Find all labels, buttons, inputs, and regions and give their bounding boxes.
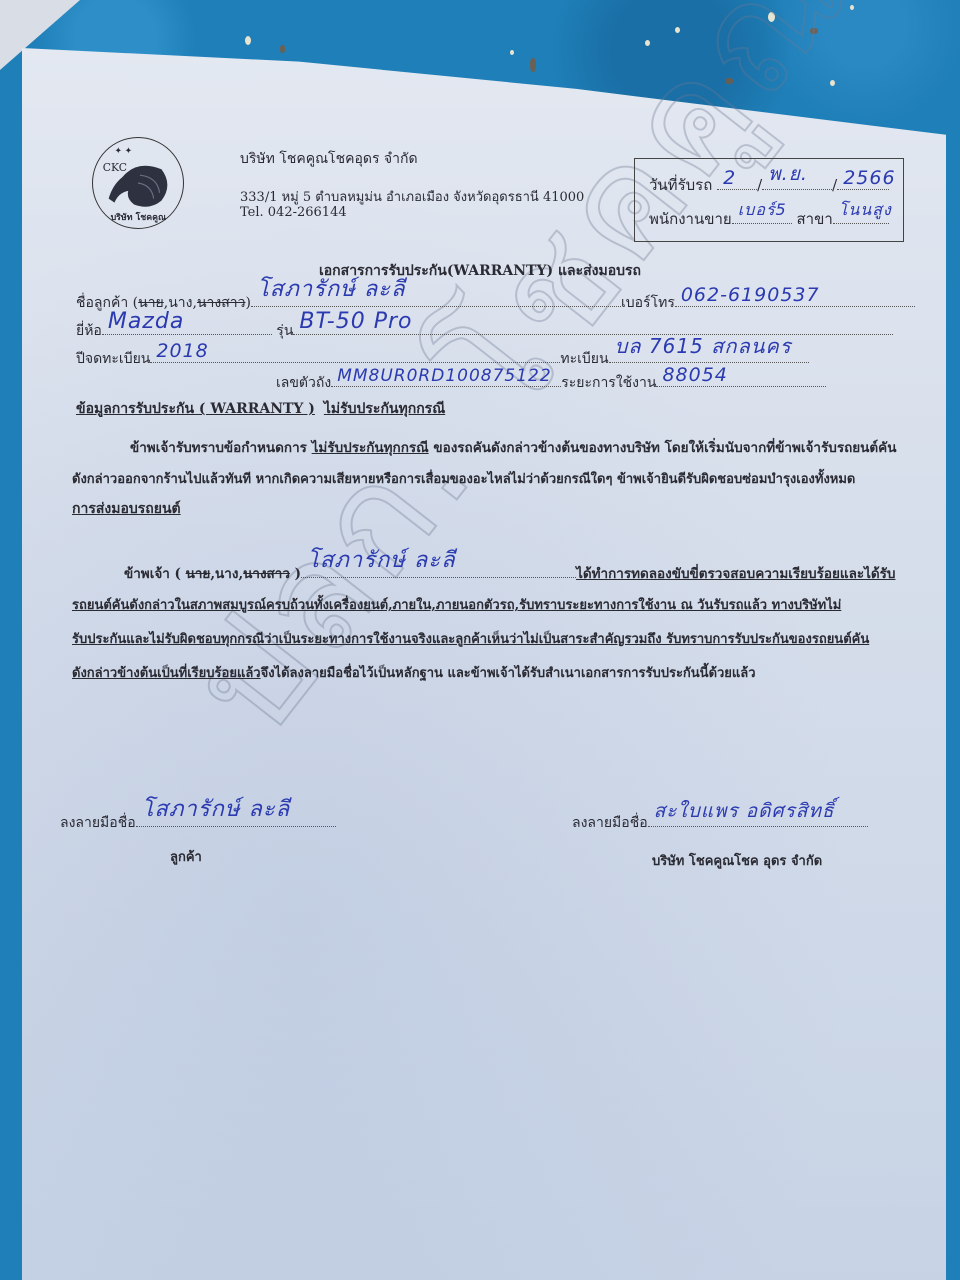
delivery-customer-name: โสภารักษ์ ละลี — [307, 542, 456, 577]
salesperson-row: พนักงานขายเบอร์5 สาขาโนนสูง — [649, 207, 889, 231]
delivery-heading: การส่งมอบรถยนต์ — [72, 501, 181, 517]
text: ข้าพเจ้ารับทราบข้อกำหนดการ — [130, 440, 307, 456]
salesperson-value: เบอร์5 — [738, 198, 787, 223]
reg-year-value: 2018 — [156, 340, 208, 362]
warranty-para-line2: ดังกล่าวออกจากร้านไปแล้วทันที หากเกิดควา… — [72, 468, 855, 489]
delivery-para-line1: ข้าพเจ้า ( นาย,นาง,นางสาว )โสภารักษ์ ละล… — [124, 562, 896, 584]
text: ) — [295, 566, 301, 582]
received-date-day: 2 — [723, 167, 736, 189]
phone-value: 062-6190537 — [681, 284, 820, 306]
delivery-para-line4: ดังกล่าวข้างต้นเป็นที่เรียบร้อยแล้วจึงได… — [72, 662, 756, 683]
customer-signature: โสภารักษ์ ละลี — [142, 791, 291, 826]
branch-value: โนนสูง — [839, 198, 892, 223]
warranty-heading: ข้อมูลการรับประกัน ( WARRANTY ) — [76, 401, 315, 417]
customer-row: ชื่อลูกค้า (นาย,นาง,นางสาว)โสภารักษ์ ละล… — [76, 292, 915, 314]
plate-value: บล 7615 สกลนคร — [615, 330, 792, 362]
chassis-label: เลขตัวถัง — [276, 375, 331, 391]
chassis-mileage-row: เลขตัวถังMM8UR0RD100875122ระยะการใช้งาน8… — [76, 372, 826, 394]
text-emphasis: ได้ทำการทดลองขับขี่ตรวจสอบความเรียบร้อยแ… — [576, 566, 895, 582]
title-mr: นาย — [186, 566, 211, 582]
company-address: 333/1 หมู่ 5 ตำบลหมูม่น อำเภอเมือง จังหว… — [240, 186, 584, 207]
branch-label: สาขา — [796, 210, 832, 228]
text: ของรถคันดังกล่าวข้างต้นของทางบริษัท โดยใ… — [433, 440, 896, 456]
received-date-label: วันที่รับรถ — [649, 176, 712, 194]
company-role: บริษัท โชคคูณโชค อุดร จำกัด — [652, 850, 822, 871]
text: ข้าพเจ้า ( — [124, 566, 181, 582]
title-mrs: นาง — [215, 566, 238, 582]
text: จึงได้ลงลายมือชื่อไว้เป็นหลักฐาน และข้าพ… — [261, 666, 756, 681]
customer-signature-row: ลงลายมือชื่อโสภารักษ์ ละลี — [60, 812, 336, 834]
delivery-para-line3: รับประกันและไม่รับผิดชอบทุกกรณีว่าเป็นระ… — [72, 628, 869, 649]
received-date-month: พ.ย. — [768, 159, 808, 189]
customer-name-value: โสภารักษ์ ละลี — [257, 271, 406, 306]
customer-role: ลูกค้า — [170, 846, 202, 867]
mileage-value: 88054 — [662, 364, 727, 386]
phone-label: เบอร์โทร — [621, 295, 675, 311]
company-signature: สะใบแพร อดิศรสิทธิ์ — [654, 796, 835, 826]
customer-signature-label: ลงลายมือชื่อ — [60, 815, 136, 831]
date-box: วันที่รับรถ 2/พ.ย./2566 พนักงานขายเบอร์5… — [634, 158, 904, 242]
plate-label: ทะเบียน — [560, 351, 608, 367]
warranty-none: ไม่รับประกันทุกกรณี — [324, 401, 445, 417]
title-miss: นางสาว — [197, 295, 246, 311]
reg-year-label: ปีจดทะเบียน — [76, 351, 150, 367]
delivery-heading-row: การส่งมอบรถยนต์ — [72, 498, 181, 520]
company-tel: Tel. 042-266144 — [240, 205, 347, 220]
text-emphasis: ไม่รับประกันทุกกรณี — [312, 440, 429, 456]
company-signature-row: ลงลายมือชื่อสะใบแพร อดิศรสิทธิ์ — [572, 812, 868, 834]
received-date-row: วันที่รับรถ 2/พ.ย./2566 — [649, 173, 889, 197]
document-title: เอกสารการรับประกัน(WARRANTY) และส่งมอบรถ — [0, 260, 960, 282]
mileage-label: ระยะการใช้งาน — [561, 375, 656, 391]
salesperson-label: พนักงานขาย — [649, 210, 732, 228]
svg-text:บริษัท โชคคูณ: บริษัท โชคคูณ — [111, 211, 167, 223]
svg-text:CKC: CKC — [103, 161, 127, 174]
brand-value: Mazda — [108, 309, 184, 334]
model-value: BT-50 Pro — [299, 309, 412, 334]
svg-text:✦ ✦: ✦ ✦ — [115, 147, 133, 157]
company-name: บริษัท โชคคูณโชคอุดร จำกัด — [240, 148, 418, 170]
company-logo: CKC ✦ ✦ บริษัท โชคคูณ — [92, 137, 184, 229]
warranty-heading-row: ข้อมูลการรับประกัน ( WARRANTY ) ไม่รับปร… — [76, 398, 445, 420]
warranty-para-line1: ข้าพเจ้ารับทราบข้อกำหนดการ ไม่รับประกันท… — [130, 436, 896, 458]
brand-label: ยี่ห้อ — [76, 323, 102, 339]
title-miss: นางสาว — [243, 566, 290, 582]
text-emphasis: ดังกล่าวข้างต้นเป็นที่เรียบร้อยแล้ว — [72, 666, 261, 681]
delivery-para-line2: รถยนต์คันดังกล่าวในสภาพสมบูรณ์ครบถ้วนทั้… — [72, 594, 841, 615]
model-label: รุ่น — [276, 323, 293, 339]
company-signature-label: ลงลายมือชื่อ — [572, 815, 648, 831]
pegasus-logo-icon: CKC ✦ ✦ บริษัท โชคคูณ — [93, 138, 183, 228]
chassis-value: MM8UR0RD100875122 — [337, 366, 551, 386]
received-date-year: 2566 — [843, 167, 895, 189]
